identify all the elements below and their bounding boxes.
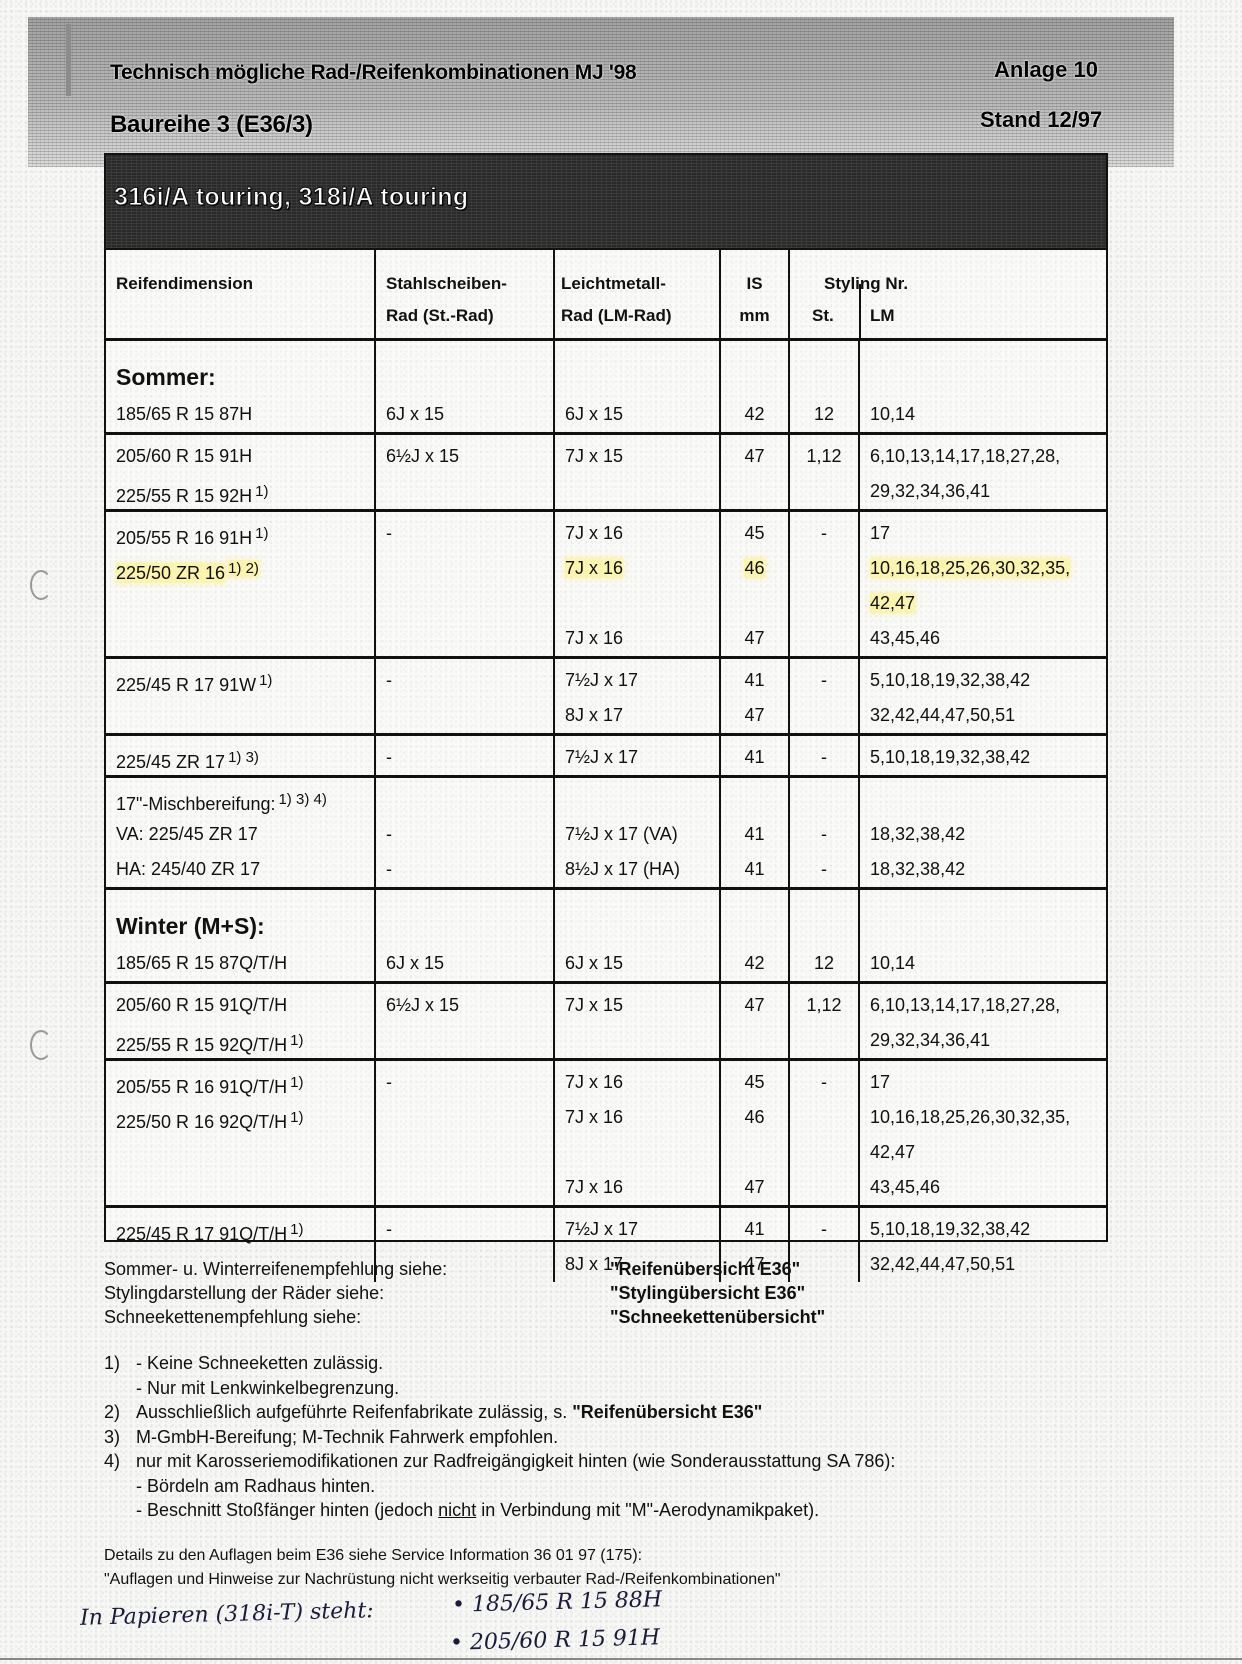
- cell-tire: 205/60 R 15 91Q/T/H225/55 R 15 92Q/T/H1): [106, 983, 375, 1060]
- line-st: [800, 1023, 848, 1058]
- table-row-group: 205/60 R 15 91Q/T/H225/55 R 15 92Q/T/H1)…: [106, 983, 1106, 1060]
- scan-artifact-mark: [66, 24, 71, 96]
- line-steel: [386, 1135, 543, 1170]
- footnote-ref: 1): [255, 483, 268, 500]
- line-tire: 225/45 ZR 171) 3): [116, 740, 364, 775]
- col-header-alloy: Leichtmetall- Rad (LM-Rad): [554, 248, 720, 340]
- line-st: [800, 1247, 848, 1282]
- cell-steel: -: [375, 511, 554, 658]
- footnote-ref: 1) 3) 4): [278, 791, 326, 808]
- line-st: -: [800, 663, 848, 698]
- line-alloy: 7J x 15: [565, 988, 709, 1023]
- line-lm: 43,45,46: [870, 621, 1096, 656]
- cell-is: 4147: [720, 658, 789, 735]
- table-title-band: 316i/A touring, 318i/A touring: [106, 155, 1106, 250]
- line-lm: 18,32,38,42: [870, 852, 1096, 887]
- cell-st: -: [789, 658, 859, 735]
- cell-tire: 205/60 R 15 91H225/55 R 15 92H1): [106, 434, 375, 511]
- line-alloy: 7J x 16: [565, 621, 709, 656]
- line-lm: 5,10,18,19,32,38,42: [870, 663, 1096, 698]
- reference-row: Schneekettenempfehlung siehe: "Schneeket…: [104, 1305, 447, 1329]
- line-st: [800, 474, 848, 509]
- cell-steel: 6½J x 15: [375, 434, 554, 511]
- cell-lm: 6,10,13,14,17,18,27,28,29,32,34,36,41: [859, 983, 1106, 1060]
- footnote-ref: 1): [290, 1032, 303, 1049]
- line-is: [731, 586, 778, 621]
- cell-tire: 225/45 ZR 171) 3): [106, 735, 375, 777]
- line-tire: 205/60 R 15 91Q/T/H: [116, 988, 364, 1023]
- line-lm: 32,42,44,47,50,51: [870, 698, 1096, 733]
- table-row-group: 205/55 R 16 91Q/T/H1)225/50 R 16 92Q/T/H…: [106, 1060, 1106, 1207]
- line-alloy: 8J x 17: [565, 698, 709, 733]
- table-row-group: 205/55 R 16 91H1)225/50 ZR 161) 2)-7J x …: [106, 511, 1106, 658]
- cell-alloy: 7J x 15: [554, 434, 720, 511]
- table-row-group: Winter (M+S):185/65 R 15 87Q/T/H6J x 156…: [106, 889, 1106, 983]
- line-is: 47: [731, 621, 778, 656]
- line-is: 45: [731, 516, 778, 551]
- section-heading: Winter (M+S):: [116, 906, 364, 946]
- cell-alloy: 6J x 15: [554, 340, 720, 434]
- reference-row: Stylingdarstellung der Räder siehe: "Sty…: [104, 1281, 447, 1305]
- line-alloy: [565, 586, 709, 621]
- cell-st: -: [789, 1060, 859, 1207]
- wheel-tire-table: 316i/A touring, 318i/A touring Reifendim…: [104, 153, 1108, 1242]
- line-lm: 42,47: [870, 586, 1096, 621]
- line-alloy: 7½J x 17: [565, 740, 709, 775]
- line-steel: -: [386, 817, 543, 852]
- cell-alloy: 7J x 167J x 167J x 16: [554, 511, 720, 658]
- line-tire: 225/55 R 15 92Q/T/H1): [116, 1023, 364, 1058]
- cell-alloy: 7½J x 178J x 17: [554, 658, 720, 735]
- line-is: 47: [731, 698, 778, 733]
- cell-steel: -: [375, 658, 554, 735]
- cell-alloy: 7J x 167J x 167J x 16: [554, 1060, 720, 1207]
- line-st: 12: [800, 946, 848, 981]
- line-lm: 10,16,18,25,26,30,32,35,: [870, 1100, 1096, 1135]
- line-steel: [386, 551, 543, 586]
- line-tire: VA: 225/45 ZR 17: [116, 817, 364, 852]
- line-steel: -: [386, 852, 543, 887]
- cell-tire: 205/55 R 16 91Q/T/H1)225/50 R 16 92Q/T/H…: [106, 1060, 375, 1207]
- footnote-ref: 1): [255, 525, 268, 542]
- cell-alloy: 7J x 15: [554, 983, 720, 1060]
- line-st: [800, 1135, 848, 1170]
- cell-steel: 6J x 15: [375, 889, 554, 983]
- cell-is: 47: [720, 983, 789, 1060]
- line-steel: -: [386, 516, 543, 551]
- cell-st: 12: [789, 889, 859, 983]
- col-header-is: IS mm: [720, 248, 789, 340]
- line-steel: 6½J x 15: [386, 439, 543, 474]
- cell-tire: 205/55 R 16 91H1)225/50 ZR 161) 2): [106, 511, 375, 658]
- line-st: 1,12: [800, 988, 848, 1023]
- cell-lm: 18,32,38,4218,32,38,42: [859, 777, 1106, 889]
- punch-hole-mark: [30, 1030, 52, 1060]
- line-st: -: [800, 852, 848, 887]
- line-alloy: 7½J x 17: [565, 663, 709, 698]
- line-alloy: 6J x 15: [565, 397, 709, 432]
- line-alloy: 7J x 16: [565, 1100, 709, 1135]
- line-alloy: 7J x 16: [565, 1170, 709, 1205]
- cell-is: 42: [720, 889, 789, 983]
- scan-shading: [28, 17, 1174, 167]
- line-tire: [116, 621, 364, 656]
- footnote-ref: 1) 3): [228, 749, 259, 766]
- line-st: 1,12: [800, 439, 848, 474]
- line-is: 42: [731, 397, 778, 432]
- line-tire: HA: 245/40 ZR 17: [116, 852, 364, 887]
- footnote-ref: 1): [290, 1074, 303, 1091]
- line-tire: 225/50 ZR 161) 2): [116, 551, 364, 586]
- cell-st: -: [789, 735, 859, 777]
- cell-steel: 6½J x 15: [375, 983, 554, 1060]
- cell-steel: -: [375, 1060, 554, 1207]
- cell-tire: Sommer:185/65 R 15 87H: [106, 340, 375, 434]
- line-alloy: 7J x 15: [565, 439, 709, 474]
- line-st: -: [800, 1065, 848, 1100]
- line-lm: 10,14: [870, 397, 1096, 432]
- line-is: 46: [731, 1100, 778, 1135]
- cell-lm: 10,14: [859, 889, 1106, 983]
- line-is: 42: [731, 946, 778, 981]
- line-alloy: 7J x 16: [565, 516, 709, 551]
- line-alloy: 8½J x 17 (HA): [565, 852, 709, 887]
- line-steel: -: [386, 1065, 543, 1100]
- line-lm: 6,10,13,14,17,18,27,28,: [870, 988, 1096, 1023]
- styling-divider: [859, 284, 861, 338]
- line-is: 41: [731, 1212, 778, 1247]
- line-tire: 185/65 R 15 87H: [116, 397, 364, 432]
- line-lm: 5,10,18,19,32,38,42: [870, 740, 1096, 775]
- footnote-ref: 1): [259, 672, 272, 689]
- table-row-group: 225/45 ZR 171) 3)-7½J x 1741-5,10,18,19,…: [106, 735, 1106, 777]
- footnote-ref: 1): [290, 1109, 303, 1126]
- line-st: -: [800, 817, 848, 852]
- line-steel: -: [386, 663, 543, 698]
- line-st: [800, 621, 848, 656]
- line-st: [800, 782, 848, 817]
- punch-hole-mark: [30, 570, 52, 600]
- cell-st: 1,12: [789, 434, 859, 511]
- combination-grid: Reifendimension Stahlscheiben- Rad (St.-…: [106, 248, 1106, 1282]
- line-steel: [386, 474, 543, 509]
- document-title: Technisch mögliche Rad-/Reifenkombinatio…: [110, 61, 636, 85]
- line-is: 41: [731, 663, 778, 698]
- line-is: 41: [731, 817, 778, 852]
- line-tire: 205/60 R 15 91H: [116, 439, 364, 474]
- line-st: 12: [800, 397, 848, 432]
- line-steel: [386, 1170, 543, 1205]
- footnote-ref: 1): [290, 1221, 303, 1238]
- line-st: -: [800, 516, 848, 551]
- line-st: [800, 698, 848, 733]
- line-lm: 17: [870, 1065, 1096, 1100]
- col-header-tire: Reifendimension: [106, 248, 375, 340]
- line-is: [731, 1023, 778, 1058]
- line-alloy: 7J x 16: [565, 1065, 709, 1100]
- line-is: 45: [731, 1065, 778, 1100]
- line-tire: 225/45 R 17 91Q/T/H1): [116, 1212, 364, 1247]
- line-tire: 185/65 R 15 87Q/T/H: [116, 946, 364, 981]
- cell-lm: 6,10,13,14,17,18,27,28,29,32,34,36,41: [859, 434, 1106, 511]
- table-row-group: 205/60 R 15 91H225/55 R 15 92H1)6½J x 15…: [106, 434, 1106, 511]
- line-tire: 205/55 R 16 91Q/T/H1): [116, 1065, 364, 1100]
- line-lm: 18,32,38,42: [870, 817, 1096, 852]
- model-series: Baureihe 3 (E36/3): [110, 111, 313, 139]
- reference-row: Sommer- u. Winterreifenempfehlung siehe:…: [104, 1257, 447, 1281]
- line-is: 47: [731, 1170, 778, 1205]
- service-info-details: Details zu den Auflagen beim E36 siehe S…: [104, 1544, 781, 1592]
- line-lm: 43,45,46: [870, 1170, 1096, 1205]
- cell-tire: 17"-Mischbereifung:1) 3) 4)VA: 225/45 ZR…: [106, 777, 375, 889]
- line-is: 47: [731, 988, 778, 1023]
- scanned-page: Technisch mögliche Rad-/Reifenkombinatio…: [0, 0, 1242, 1664]
- line-steel: 6J x 15: [386, 946, 543, 981]
- line-tire: [116, 586, 364, 621]
- cell-lm: 1710,16,18,25,26,30,32,35,42,4743,45,46: [859, 511, 1106, 658]
- section-heading: Sommer:: [116, 357, 364, 397]
- handwritten-note-item: • 185/65 R 15 88H: [452, 1587, 663, 1617]
- line-lm: 5,10,18,19,32,38,42: [870, 1212, 1096, 1247]
- line-alloy: 7½J x 17: [565, 1212, 709, 1247]
- line-steel: [386, 698, 543, 733]
- line-lm: 29,32,34,36,41: [870, 1023, 1096, 1058]
- reference-list: Sommer- u. Winterreifenempfehlung siehe:…: [104, 1257, 447, 1329]
- footnote-ref: 1) 2): [228, 560, 259, 577]
- cell-lm: 1710,16,18,25,26,30,32,35,42,4743,45,46: [859, 1060, 1106, 1207]
- cell-st: --: [789, 777, 859, 889]
- line-is: [731, 782, 778, 817]
- cell-st: -: [789, 511, 859, 658]
- cell-lm: 5,10,18,19,32,38,4232,42,44,47,50,51: [859, 658, 1106, 735]
- line-alloy: [565, 1135, 709, 1170]
- line-tire: [116, 1135, 364, 1170]
- line-steel: [386, 1100, 543, 1135]
- line-st: -: [800, 1212, 848, 1247]
- line-st: [800, 1170, 848, 1205]
- cell-is: 454647: [720, 511, 789, 658]
- cell-steel: -: [375, 735, 554, 777]
- cell-tire: Winter (M+S):185/65 R 15 87Q/T/H: [106, 889, 375, 983]
- line-tire: [116, 1170, 364, 1205]
- line-st: [800, 1100, 848, 1135]
- cell-lm: 10,14: [859, 340, 1106, 434]
- cell-st: 12: [789, 340, 859, 434]
- line-steel: [386, 1023, 543, 1058]
- cell-is: 454647: [720, 1060, 789, 1207]
- line-is: 46: [731, 551, 778, 586]
- line-tire: 17"-Mischbereifung:1) 3) 4): [116, 782, 364, 817]
- line-lm: 17: [870, 516, 1096, 551]
- handwritten-note-item: • 205/60 R 15 91H: [450, 1625, 661, 1655]
- cell-tire: 225/45 R 17 91W1): [106, 658, 375, 735]
- cell-st: 1,12: [789, 983, 859, 1060]
- table-title: 316i/A touring, 318i/A touring: [114, 183, 468, 212]
- line-is: 41: [731, 852, 778, 887]
- col-header-steel: Stahlscheiben- Rad (St.-Rad): [375, 248, 554, 340]
- line-st: [800, 551, 848, 586]
- cell-steel: --: [375, 777, 554, 889]
- line-steel: -: [386, 1212, 543, 1247]
- line-alloy: 7J x 16: [565, 551, 709, 586]
- line-tire: 225/45 R 17 91W1): [116, 663, 364, 698]
- cell-is: 4141: [720, 777, 789, 889]
- col-header-styling: Styling Nr. St. LM: [789, 248, 1106, 340]
- cell-is: 42: [720, 340, 789, 434]
- line-steel: [386, 621, 543, 656]
- line-lm: 29,32,34,36,41: [870, 474, 1096, 509]
- line-steel: 6½J x 15: [386, 988, 543, 1023]
- line-is: [731, 474, 778, 509]
- cell-alloy: 6J x 15: [554, 889, 720, 983]
- line-is: [731, 1135, 778, 1170]
- line-st: [800, 586, 848, 621]
- handwritten-note: In Papieren (318i-T) steht:: [80, 1598, 374, 1631]
- cell-alloy: 7½J x 17 (VA)8½J x 17 (HA): [554, 777, 720, 889]
- line-tire: [116, 698, 364, 733]
- line-lm: 10,14: [870, 946, 1096, 981]
- line-lm: 42,47: [870, 1135, 1096, 1170]
- line-lm: 32,42,44,47,50,51: [870, 1247, 1096, 1282]
- cell-alloy: 7½J x 17: [554, 735, 720, 777]
- page-bottom-edge: [0, 1658, 1242, 1660]
- line-alloy: [565, 782, 709, 817]
- line-steel: [386, 782, 543, 817]
- line-alloy: 7½J x 17 (VA): [565, 817, 709, 852]
- cell-is: 41: [720, 735, 789, 777]
- cell-lm: 5,10,18,19,32,38,4232,42,44,47,50,51: [859, 1207, 1106, 1283]
- table-row-group: Sommer:185/65 R 15 87H6J x 156J x 154212…: [106, 340, 1106, 434]
- line-steel: -: [386, 740, 543, 775]
- line-tire: 225/50 R 16 92Q/T/H1): [116, 1100, 364, 1135]
- line-lm: [870, 782, 1096, 817]
- line-steel: [386, 586, 543, 621]
- line-is: 47: [731, 439, 778, 474]
- line-tire: 225/55 R 15 92H1): [116, 474, 364, 509]
- line-steel: 6J x 15: [386, 397, 543, 432]
- document-status-date: Stand 12/97: [980, 107, 1102, 133]
- cell-is: 47: [720, 434, 789, 511]
- line-alloy: [565, 1023, 709, 1058]
- cell-steel: 6J x 15: [375, 340, 554, 434]
- line-st: -: [800, 740, 848, 775]
- line-alloy: 6J x 15: [565, 946, 709, 981]
- line-alloy: [565, 474, 709, 509]
- line-lm: 10,16,18,25,26,30,32,35,: [870, 551, 1096, 586]
- line-tire: 205/55 R 16 91H1): [116, 516, 364, 551]
- line-lm: 6,10,13,14,17,18,27,28,: [870, 439, 1096, 474]
- line-is: 41: [731, 740, 778, 775]
- attachment-number: Anlage 10: [994, 57, 1098, 83]
- table-row-group: 225/45 R 17 91W1)-7½J x 178J x 174147-5,…: [106, 658, 1106, 735]
- cell-lm: 5,10,18,19,32,38,42: [859, 735, 1106, 777]
- table-row-group: 17"-Mischbereifung:1) 3) 4)VA: 225/45 ZR…: [106, 777, 1106, 889]
